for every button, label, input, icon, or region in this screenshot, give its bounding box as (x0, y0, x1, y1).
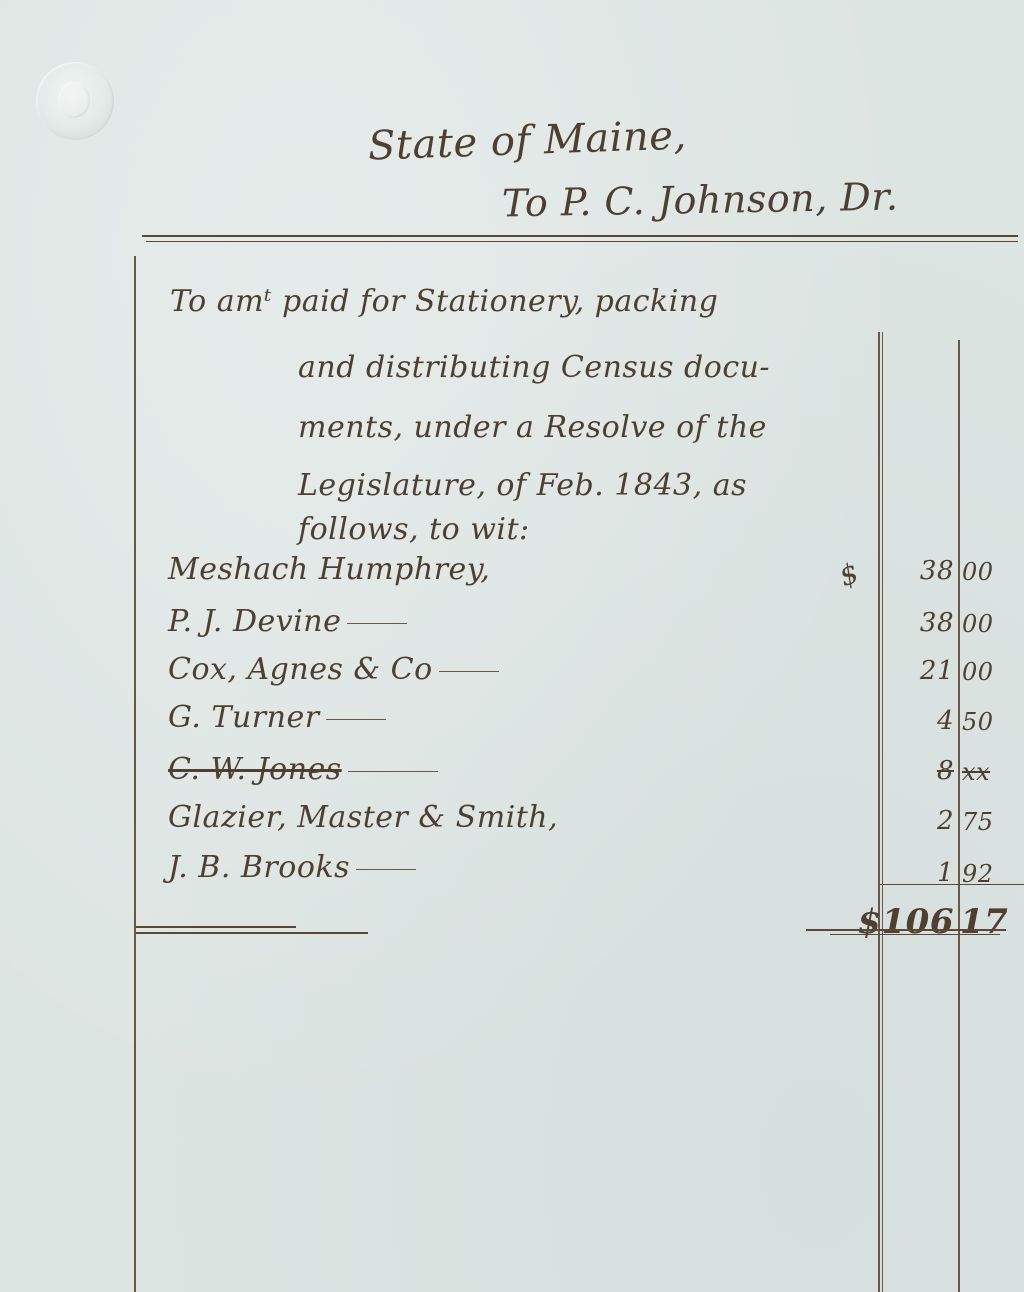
entry-dollars: 2 (884, 806, 954, 836)
total-dollars-value: 106 (882, 902, 954, 942)
entry-name: Glazier, Master & Smith, (168, 800, 558, 835)
description-line-4: Legislature, of Feb. 1843, as (298, 468, 747, 503)
entry-dollars: 38 (884, 556, 954, 586)
description-line-5: follows, to wit: (298, 512, 530, 547)
left-margin-rule (134, 256, 136, 1292)
dollars-column-rule-2 (882, 332, 883, 1292)
entry-dash (348, 771, 438, 772)
entry-dollars: 8 (884, 756, 954, 786)
entry-name: C. W. Jones (168, 752, 438, 787)
sum-rule (880, 884, 1024, 885)
description-line-2: and distributing Census docu- (298, 350, 770, 385)
top-rule-2 (146, 241, 1018, 242)
total-cents: 17 (960, 902, 1008, 942)
description-line-1: To amᵗ paid for Stationery, packing (170, 284, 718, 319)
total-currency-symbol: $ (857, 902, 881, 942)
embossed-seal-icon (36, 62, 114, 140)
dollars-column-rule (878, 332, 880, 1292)
entry-dollars: 4 (884, 706, 954, 736)
description-line-3: ments, under a Resolve of the (298, 410, 767, 445)
seal-center (58, 82, 90, 118)
entry-name: G. Turner (168, 700, 386, 735)
heading-state: State of Maine, (367, 112, 687, 169)
top-rule (142, 235, 1018, 237)
entry-cents: 00 (962, 558, 994, 586)
entry-cents: 75 (962, 808, 994, 836)
entry-cents: xx (962, 758, 990, 786)
entry-dash (326, 719, 386, 720)
entry-cents: 50 (962, 708, 994, 736)
currency-symbol: $ (835, 556, 864, 593)
left-closing-rule (136, 926, 296, 928)
heading-creditor: To P. C. Johnson, Dr. (502, 175, 899, 226)
entry-name: P. J. Devine (168, 604, 407, 639)
cents-column-rule (958, 340, 960, 1292)
entry-name: Meshach Humphrey, (168, 552, 490, 587)
entry-cents: 00 (962, 658, 994, 686)
entry-name: Cox, Agnes & Co (168, 652, 499, 687)
total-closing-rule (806, 929, 1006, 931)
entry-dollars: 21 (884, 656, 954, 686)
left-closing-rule-2 (136, 932, 368, 934)
entry-cents: 00 (962, 610, 994, 638)
entry-dash (347, 623, 407, 624)
total-dollars: $106 (850, 902, 954, 942)
entry-dash (356, 869, 416, 870)
entry-dash (439, 671, 499, 672)
entry-dollars: 38 (884, 608, 954, 638)
total-closing-rule-2 (830, 934, 1000, 935)
entry-name: J. B. Brooks (168, 850, 416, 885)
